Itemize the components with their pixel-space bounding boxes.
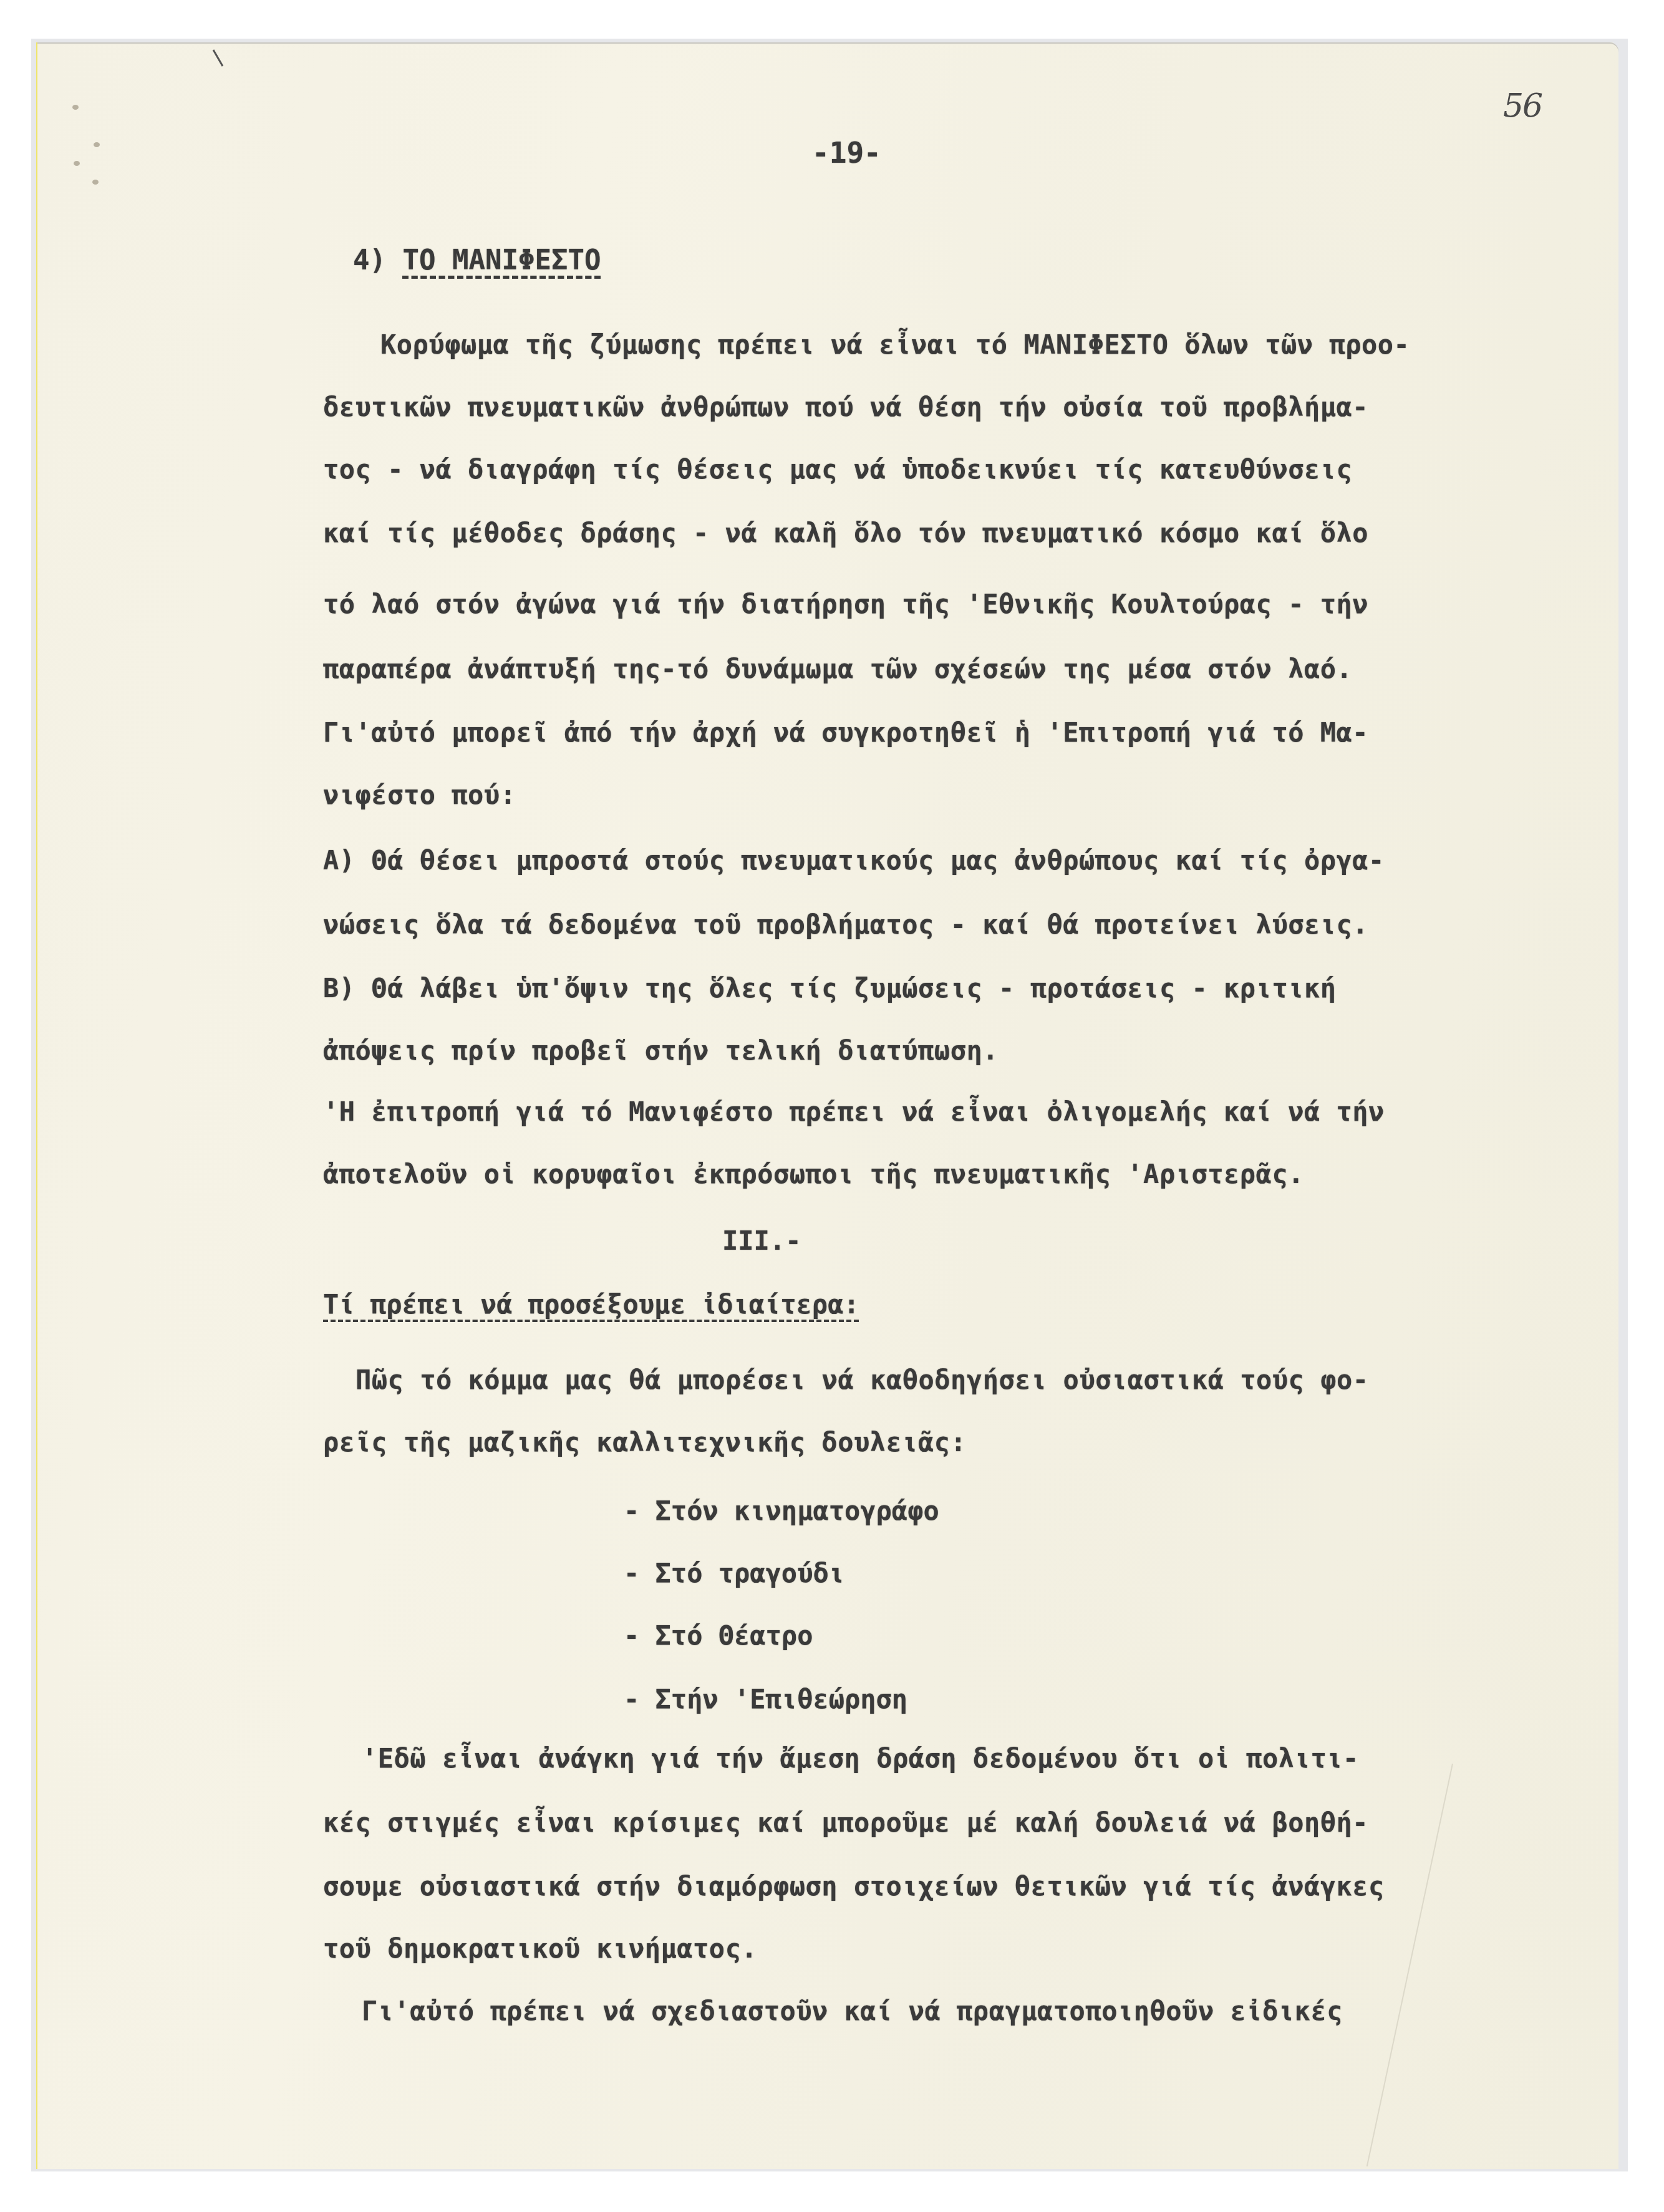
text-line: δευτικῶν πνευματικῶν ἀνθρώπων πού νά θέσ… bbox=[323, 392, 1368, 422]
list-item-a: Α) Θά θέσει μπροστά στούς πνευματικούς μ… bbox=[323, 845, 1385, 876]
list-item-b: Β) Θά λάβει ὑπ'ὄψιν της ὅλες τίς ζυμώσει… bbox=[323, 973, 1337, 1003]
punch-hole-mark bbox=[94, 142, 100, 147]
text-line: ἀποτελοῦν οἱ κορυφαῖοι ἐκπρόσωποι τῆς πν… bbox=[323, 1159, 1304, 1189]
text-line: τος - νά διαγράφη τίς θέσεις μας νά ὑποδ… bbox=[323, 454, 1352, 485]
punch-hole-mark bbox=[92, 180, 99, 185]
text-line: Γι'αὐτό πρέπει νά σχεδιαστοῦν καί νά πρα… bbox=[362, 1996, 1343, 2026]
bullet-item: - Στό τραγούδι bbox=[624, 1558, 844, 1588]
section-heading: 4) ΤΟ ΜΑΝΙΦΕΣΤΟ bbox=[353, 244, 601, 276]
text-line: παραπέρα ἀνάπτυξή της-τό δυνάμωμα τῶν σχ… bbox=[323, 654, 1352, 684]
page-number: -19- bbox=[812, 136, 881, 170]
text-line: τό λαό στόν ἀγώνα γιά τήν διατήρηση τῆς … bbox=[323, 589, 1368, 619]
text-line: καί τίς μέθοδες δράσης - νά καλῆ ὅλο τόν… bbox=[323, 518, 1368, 548]
paper-crease bbox=[1367, 1764, 1453, 2166]
punch-hole-mark bbox=[72, 105, 79, 110]
text-line: κές στιγμές εἶναι κρίσιμες καί μποροῦμε … bbox=[323, 1807, 1368, 1838]
list-item-b-cont: ἀπόψεις πρίν προβεῖ στήν τελική διατύπωσ… bbox=[323, 1035, 999, 1066]
text-line: 'Η ἐπιτροπή γιά τό Μανιφέστο πρέπει νά ε… bbox=[323, 1096, 1385, 1127]
pen-stroke bbox=[213, 49, 224, 66]
bullet-item: - Στόν κινηματογράφο bbox=[624, 1495, 939, 1526]
list-item-a-cont: νώσεις ὅλα τά δεδομένα τοῦ προβλήματος -… bbox=[323, 909, 1368, 940]
text-line: 'Εδῶ εἶναι ἀνάγκη γιά τήν ἄμεση δράση δε… bbox=[362, 1743, 1359, 1774]
punch-hole-mark bbox=[74, 161, 80, 166]
text-line: νιφέστο πού: bbox=[323, 780, 516, 810]
text-line: Κορύφωμα τῆς ζύμωσης πρέπει νά εἶναι τό … bbox=[380, 329, 1410, 360]
text-line: Πῶς τό κόμμα μας θά μπορέσει νά καθοδηγή… bbox=[356, 1364, 1369, 1395]
handwritten-folio-number: 56 bbox=[1503, 87, 1542, 125]
bullet-item: - Στήν 'Επιθεώρηση bbox=[624, 1684, 907, 1714]
text-line: τοῦ δημοκρατικοῦ κινήματος. bbox=[323, 1933, 757, 1964]
text-line: ρεῖς τῆς μαζικῆς καλλιτεχνικῆς δουλειᾶς: bbox=[323, 1427, 966, 1457]
subheading: Τί πρέπει νά προσέξουμε ἰδιαίτερα: bbox=[323, 1289, 859, 1320]
section-title: ΤΟ ΜΑΝΙΦΕΣΤΟ bbox=[402, 244, 601, 276]
text-line: σουμε οὐσιαστικά στήν διαμόρφωση στοιχεί… bbox=[323, 1871, 1385, 1901]
section-roman-numeral: III.- bbox=[722, 1225, 801, 1256]
section-number: 4) bbox=[353, 244, 386, 276]
text-line: Γι'αὐτό μπορεῖ ἀπό τήν ἀρχή νά συγκροτηθ… bbox=[323, 717, 1368, 748]
bullet-item: - Στό Θέατρο bbox=[624, 1620, 813, 1651]
